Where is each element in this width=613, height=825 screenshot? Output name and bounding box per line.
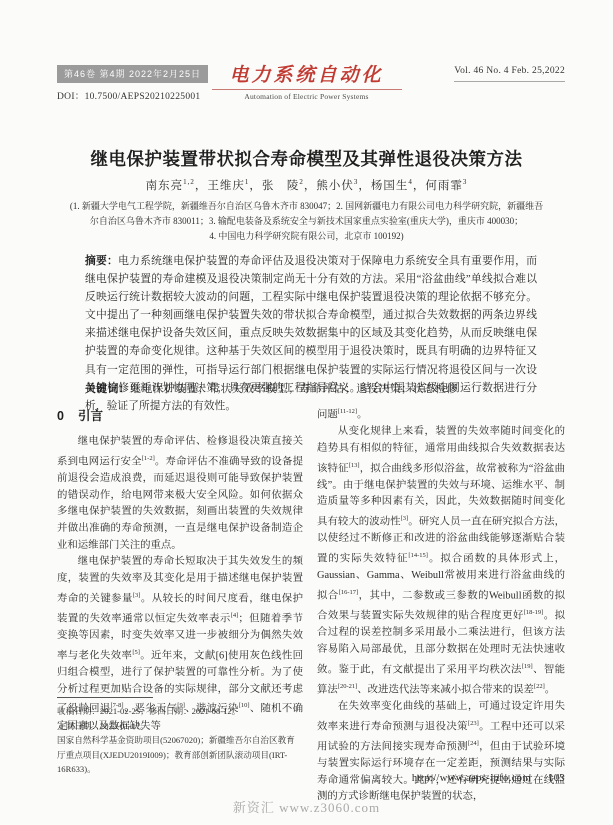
footnote-rule xyxy=(57,697,153,698)
keywords-label: 关键词： xyxy=(85,383,130,395)
affiliation-line: 尔自治区乌鲁木齐市 830011；3. 输配电装备及系统安全与新技术国家重点实验… xyxy=(50,214,563,229)
funding-info: 国家自然科学基金资助项目(52067020)；新疆维吾尔自治区教育厅重点项目(X… xyxy=(57,733,303,777)
right-column: 问题[11-12]。 从变化规律上来看，装置的失效率随时间变化的趋势具有相似的特… xyxy=(317,404,565,806)
received-date: 收稿日期：2021-02-25；修回日期：2021-08-12。 xyxy=(57,704,303,719)
header-right: Vol. 46 No. 4 Feb. 25,2022 xyxy=(454,66,565,82)
footnote: 收稿日期：2021-02-25；修回日期：2021-08-12。 上网日期：20… xyxy=(57,697,303,777)
journal-logo: 电力系统自动化 xyxy=(212,60,402,90)
section-number: 0 xyxy=(57,409,64,423)
keywords: 关键词：继电保护装置；带状失效率模型；寿命评估；退役决策；状态检修 xyxy=(85,381,537,396)
doi-text: DOI：10.7500/AEPS20210225001 xyxy=(57,88,208,102)
keywords-text: 继电保护装置；带状失效率模型；寿命评估；退役决策；状态检修 xyxy=(130,383,458,395)
affiliation-line: 4. 中国电力科学研究院有限公司，北京市 100192) xyxy=(50,229,563,244)
paper-title: 继电保护装置带状拟合寿命模型及其弹性退役决策方法 xyxy=(40,146,573,171)
paragraph: 在失效率变化曲线的基础上，可通过设定许用失效率来进行寿命预测与退役决策[23]。… xyxy=(317,699,565,806)
journal-subtitle: Automation of Electric Power Systems xyxy=(212,92,402,101)
abstract-label: 摘要： xyxy=(85,255,118,267)
volume-info: Vol. 46 No. 4 Feb. 25,2022 xyxy=(454,66,565,82)
watermark: 新资汇 www.z3060.com xyxy=(0,797,613,816)
section-heading-introduction: 0引言 xyxy=(57,406,303,424)
paragraph: 继电保护装置的寿命评估、检修退役决策直接关系到电网运行安全[1-2]。寿命评估不… xyxy=(57,434,303,554)
header-left: 第46卷 第4期 2022年2月25日 DOI：10.7500/AEPS2021… xyxy=(57,64,208,102)
affiliation-line: (1. 新疆大学电气工程学院，新疆维吾尔自治区乌鲁木齐市 830047；2. 国… xyxy=(50,199,563,214)
journal-url: http://www.aeps-info.com xyxy=(412,773,531,784)
affiliations: (1. 新疆大学电气工程学院，新疆维吾尔自治区乌鲁木齐市 830047；2. 国… xyxy=(50,199,563,243)
section-title: 引言 xyxy=(78,409,103,423)
page-footer: http://www.aeps-info.com 103 xyxy=(317,773,565,784)
paragraph: 从变化规律上来看，装置的失效率随时间变化的趋势具有相似的特征，通常用曲线拟合失效… xyxy=(317,424,565,699)
left-column: 0引言 继电保护装置的寿命评估、检修退役决策直接关系到电网运行安全[1-2]。寿… xyxy=(57,404,303,735)
issue-band: 第46卷 第4期 2022年2月25日 xyxy=(57,65,208,83)
paper-page: 第46卷 第4期 2022年2月25日 DOI：10.7500/AEPS2021… xyxy=(0,0,613,825)
online-date: 上网日期：2022-01-17。 xyxy=(57,719,303,734)
header-center: 电力系统自动化 Automation of Electric Power Sys… xyxy=(212,60,402,101)
authors-line: 南东亮1,2，王维庆1，张 陵2，熊小伏3，杨国生4，何雨霏3 xyxy=(40,177,573,193)
page-number: 103 xyxy=(548,773,565,784)
paragraph-continuation: 问题[11-12]。 xyxy=(317,404,565,424)
